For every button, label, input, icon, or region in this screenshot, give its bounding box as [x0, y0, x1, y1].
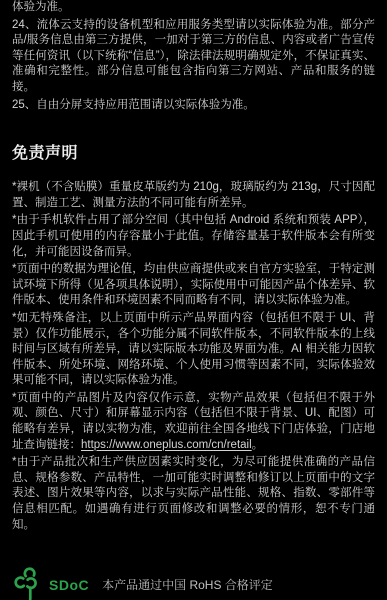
- disclaimer-paragraph-lab-data: *页面中的数据为理论值，均由供应商提供或来自官方实验室，于特定测试环境下所得（见…: [12, 262, 375, 309]
- disclaimer-paragraph-storage: *由于手机软件占用了部分空间（其中包括 Android 系统和预装 APP），因…: [12, 213, 375, 260]
- disclaimer-paragraph-weight: *裸机（不含贴膜）重量皮革版约为 210g，玻璃版约为 213g，尺寸因配置、制…: [12, 180, 375, 211]
- disclaimer-paragraph-revisions: *由于产品批次和生产供应因素实时变化，为尽可能提供准确的产品信息、规格参数、产品…: [12, 455, 375, 533]
- disclaimer-title: 免责声明: [12, 144, 375, 164]
- retail-store-link[interactable]: https://www.oneplus.com/cn/retail: [81, 439, 252, 451]
- paragraph-text-after-link: 。: [252, 439, 264, 451]
- disclaimer-paragraph-ui-ai: *如无特殊备注，以上页面中所示产品界面内容（包括但不限于 UI、背景）仅作功能展…: [12, 311, 375, 389]
- disclaimer-body: *裸机（不含贴膜）重量皮革版约为 210g，玻璃版约为 213g，尺寸因配置、制…: [12, 180, 375, 533]
- cropped-note-line: 体验为准。: [12, 0, 375, 16]
- disclaimer-paragraph-images: *页面中的产品图片及内容仅作示意，实物产品效果（包括但不限于外观、颜色、尺寸）和…: [12, 391, 375, 453]
- sdoc-label: SDoC: [49, 578, 89, 594]
- rohs-certification-caption: 本产品通过中国 RoHS 合格评定: [102, 578, 273, 594]
- china-rohs-green-product-icon: [12, 566, 44, 600]
- note-item-25: 25、自由分屏支持应用范围请以实际体验为准。: [12, 98, 375, 114]
- note-item-24: 24、流体云支持的设备机型和应用服务类型请以实际体验为准。部分产品/服务信息由第…: [12, 18, 375, 96]
- numbered-notes-section: 体验为准。 24、流体云支持的设备机型和应用服务类型请以实际体验为准。部分产品/…: [12, 0, 375, 113]
- rohs-footer: SDoC 本产品通过中国 RoHS 合格评定: [12, 566, 375, 600]
- disclaimer-page: 体验为准。 24、流体云支持的设备机型和应用服务类型请以实际体验为准。部分产品/…: [0, 0, 387, 600]
